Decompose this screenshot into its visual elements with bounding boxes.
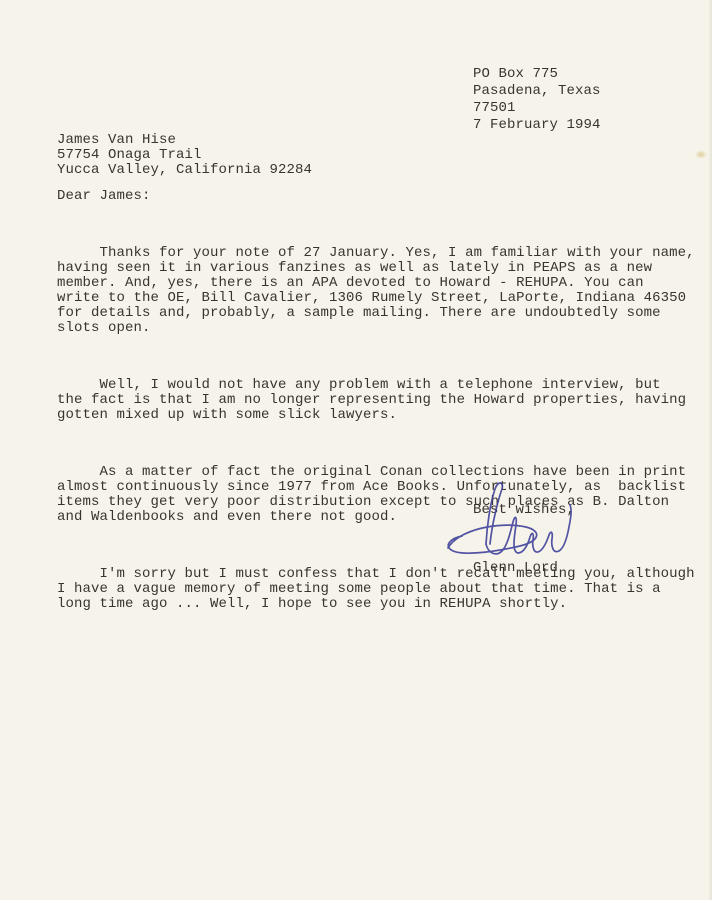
paragraph-4: I'm sorry but I must confess that I don'…: [57, 567, 695, 612]
paragraph-3: As a matter of fact the original Conan c…: [57, 465, 695, 525]
signature-glenn: [440, 478, 590, 573]
typed-signature-name: Glenn Lord: [473, 561, 558, 576]
recipient-address-block: James Van Hise 57754 Onaga Trail Yucca V…: [57, 133, 312, 178]
sender-address-block: PO Box 775 Pasadena, Texas 77501 7 Febru…: [473, 66, 601, 134]
paper-edge-shading: [708, 0, 712, 900]
letter-page: PO Box 775 Pasadena, Texas 77501 7 Febru…: [0, 0, 712, 900]
paragraph-2: Well, I would not have any problem with …: [57, 378, 695, 423]
paper-stain: [695, 150, 707, 159]
paragraph-1: Thanks for your note of 27 January. Yes,…: [57, 246, 695, 336]
salutation: Dear James:: [57, 189, 151, 204]
letter-body: Thanks for your note of 27 January. Yes,…: [57, 216, 695, 654]
